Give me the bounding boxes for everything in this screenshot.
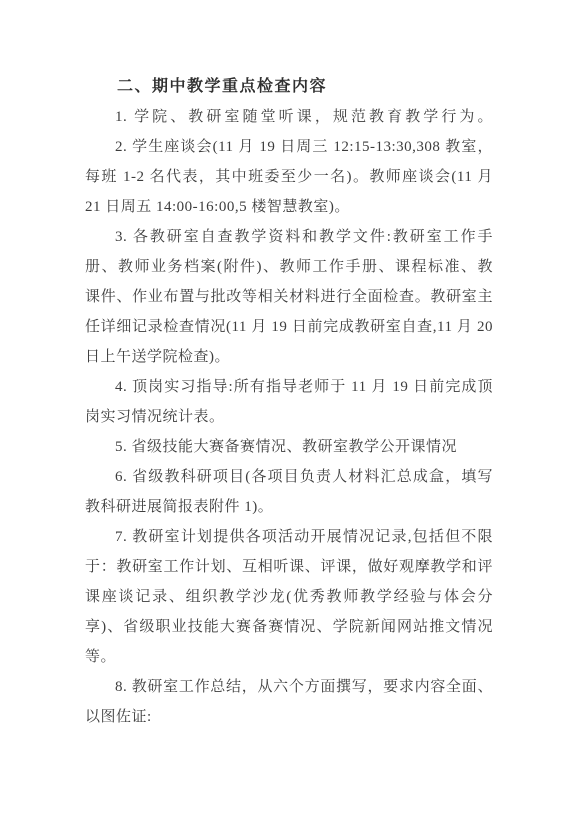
- text-line: 6. 省级教科研项目(各项目负责人材料汇总成盒，填写: [85, 462, 493, 492]
- text-line: 3. 各教研室自查教学资料和教学文件:教研室工作手: [85, 222, 493, 252]
- text-line: 4. 顶岗实习指导:所有指导老师于 11 月 19 日前完成顶: [85, 372, 493, 402]
- text-line: 8. 教研室工作总结，从六个方面撰写，要求内容全面、: [85, 672, 493, 702]
- paragraph-item-1: 1. 学院、教研室随堂听课，规范教育教学行为。: [85, 102, 493, 132]
- text-line: 于：教研室工作计划、互相听课、评课，做好观摩教学和评: [85, 552, 493, 582]
- text-line: 5. 省级技能大赛备赛情况、教研室教学公开课情况: [85, 432, 493, 462]
- text-line: 等。: [85, 642, 493, 672]
- text-line: 岗实习情况统计表。: [85, 402, 493, 432]
- text-line: 每班 1-2 名代表，其中班委至少一名)。教师座谈会(11 月: [85, 162, 493, 192]
- text-line: 享)、省级职业技能大赛备赛情况、学院新闻网站推文情况: [85, 612, 493, 642]
- paragraph-item-6: 6. 省级教科研项目(各项目负责人材料汇总成盒，填写 教科研进展简报表附件 1)…: [85, 462, 493, 522]
- text-line: 以图佐证:: [85, 702, 493, 732]
- text-line: 册、教师业务档案(附件)、教师工作手册、课程标准、教案、: [85, 252, 493, 282]
- paragraph-item-4: 4. 顶岗实习指导:所有指导老师于 11 月 19 日前完成顶 岗实习情况统计表…: [85, 372, 493, 432]
- paragraph-item-7: 7. 教研室计划提供各项活动开展情况记录,包括但不限 于：教研室工作计划、互相听…: [85, 522, 493, 672]
- text-line: 7. 教研室计划提供各项活动开展情况记录,包括但不限: [85, 522, 493, 552]
- document-body: 二、期中教学重点检查内容 1. 学院、教研室随堂听课，规范教育教学行为。 2. …: [85, 72, 493, 732]
- text-line: 21 日周五 14:00-16:00,5 楼智慧教室)。: [85, 192, 493, 222]
- paragraph-item-5: 5. 省级技能大赛备赛情况、教研室教学公开课情况: [85, 432, 493, 462]
- document-page: 二、期中教学重点检查内容 1. 学院、教研室随堂听课，规范教育教学行为。 2. …: [0, 0, 576, 815]
- text-line: 2. 学生座谈会(11 月 19 日周三 12:15-13:30,308 教室，: [85, 132, 493, 162]
- text-line: 课件、作业布置与批改等相关材料进行全面检查。教研室主: [85, 282, 493, 312]
- text-line: 1. 学院、教研室随堂听课，规范教育教学行为。: [85, 102, 493, 132]
- text-line: 日上午送学院检查)。: [85, 342, 493, 372]
- paragraph-item-3: 3. 各教研室自查教学资料和教学文件:教研室工作手 册、教师业务档案(附件)、教…: [85, 222, 493, 372]
- section-heading: 二、期中教学重点检查内容: [85, 72, 493, 102]
- text-line: 任详细记录检查情况(11 月 19 日前完成教研室自查,11 月 20: [85, 312, 493, 342]
- paragraph-item-8: 8. 教研室工作总结，从六个方面撰写，要求内容全面、 以图佐证:: [85, 672, 493, 732]
- text-line: 教科研进展简报表附件 1)。: [85, 492, 493, 522]
- paragraph-item-2: 2. 学生座谈会(11 月 19 日周三 12:15-13:30,308 教室，…: [85, 132, 493, 222]
- text-line: 课座谈记录、组织教学沙龙(优秀教师教学经验与体会分: [85, 582, 493, 612]
